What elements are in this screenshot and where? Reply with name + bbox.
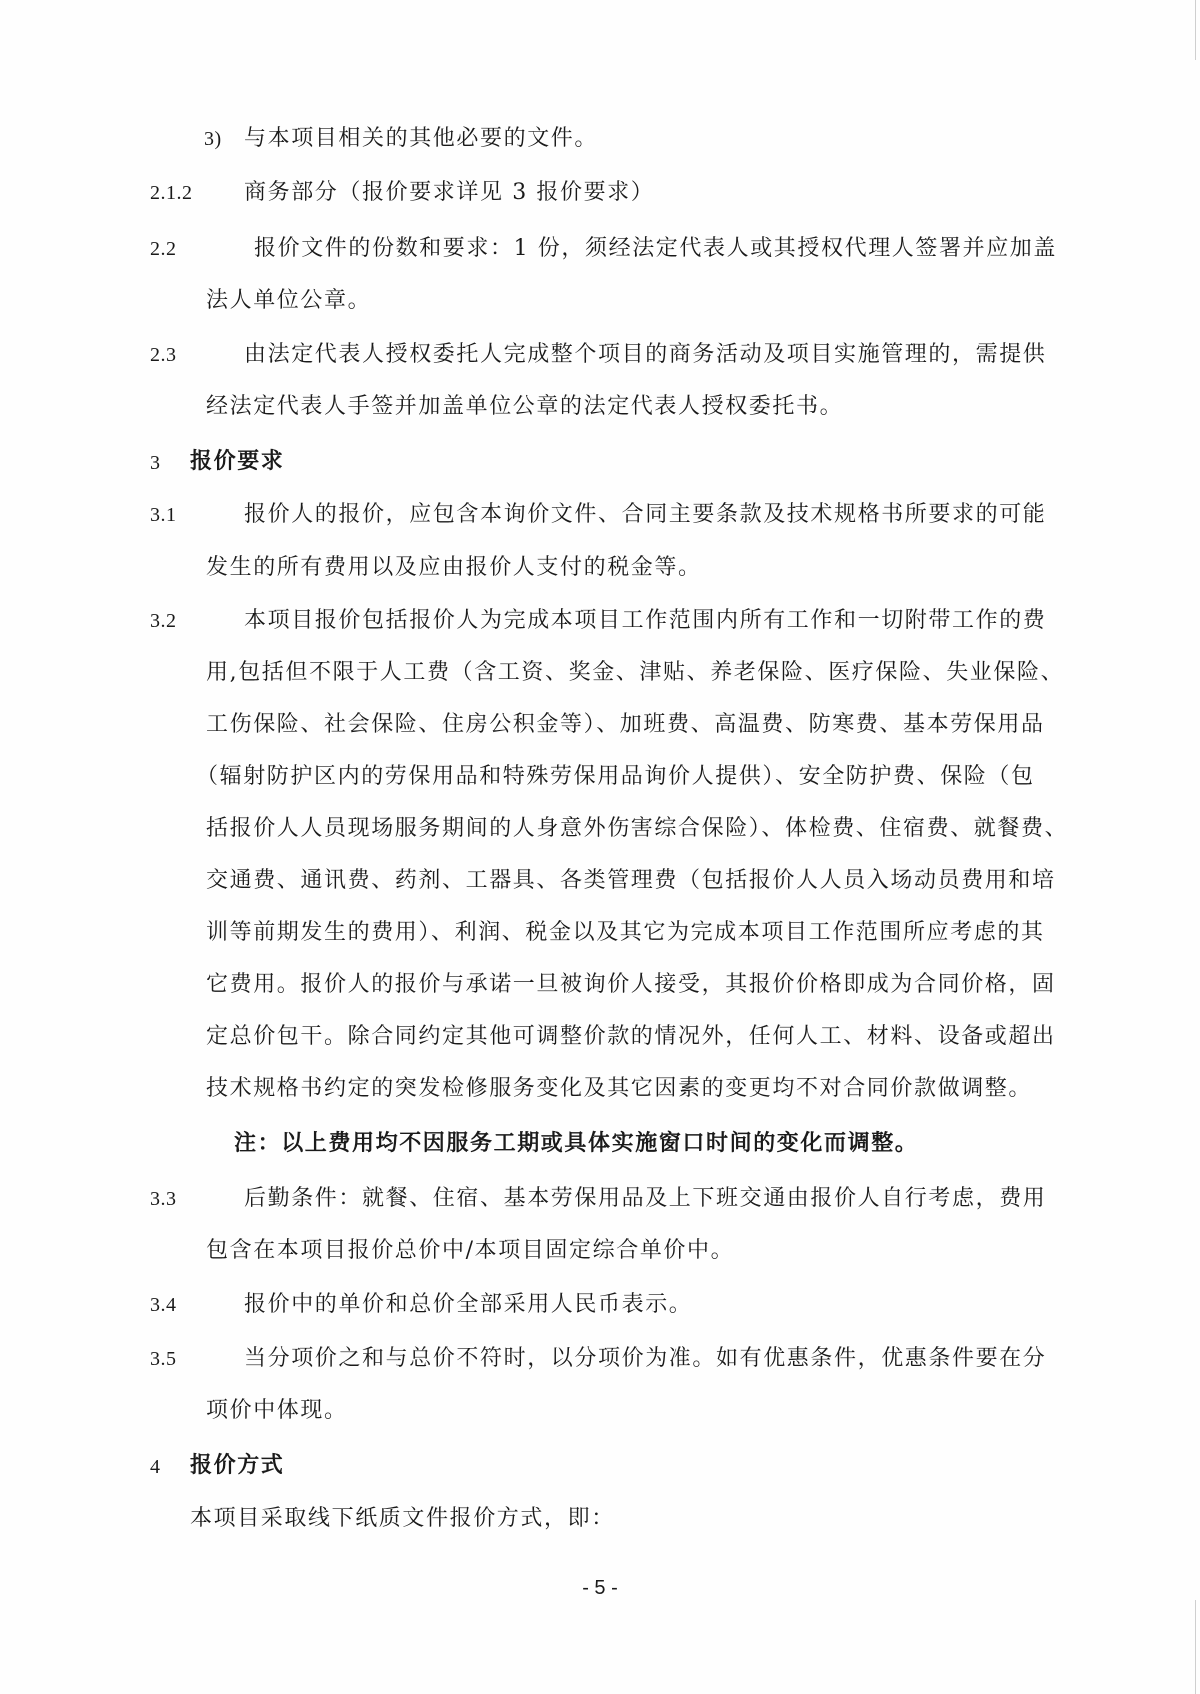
paragraph-line: 包含在本项目报价总价中/本项目固定综合单价中。 <box>206 1236 734 1266</box>
paragraph-line: 报价文件的份数和要求：1 份，须经法定代表人或其授权代理人签署并应加盖 <box>254 234 1057 264</box>
paragraph-line: 商务部分（报价要求详见 3 报价要求） <box>244 178 654 208</box>
section-heading: 报价方式 <box>190 1450 284 1480</box>
section-number: 2.3 <box>150 340 177 370</box>
paragraph-line: 交通费、通讯费、药剂、工器具、各类管理费（包括报价人人员入场动员费用和培 <box>206 866 1056 896</box>
paragraph-line: 工伤保险、社会保险、住房公积金等）、加班费、高温费、防寒费、基本劳保用品 <box>206 710 1045 740</box>
list-marker: 3) <box>204 124 222 154</box>
section-number: 2.1.2 <box>150 178 193 208</box>
section-number: 3.2 <box>150 606 177 636</box>
paragraph-line: 由法定代表人授权委托人完成整个项目的商务活动及项目实施管理的，需提供 <box>244 340 1046 370</box>
paragraph-line: 后勤条件：就餐、住宿、基本劳保用品及上下班交通由报价人自行考虑，费用 <box>244 1184 1046 1214</box>
section-number: 3.3 <box>150 1184 177 1214</box>
page-number: - 5 - <box>0 1577 1200 1600</box>
paragraph-line: 报价人的报价，应包含本询价文件、合同主要条款及技术规格书所要求的可能 <box>244 500 1046 530</box>
paragraph-line: （辐射防护区内的劳保用品和特殊劳保用品询价人提供）、安全防护费、保险（包 <box>196 762 1035 792</box>
section-number: 4 <box>150 1452 161 1482</box>
section-number: 3.1 <box>150 500 177 530</box>
paragraph-line: 报价中的单价和总价全部采用人民币表示。 <box>244 1290 692 1320</box>
paragraph-line: 当分项价之和与总价不符时，以分项价为准。如有优惠条件，优惠条件要在分 <box>244 1344 1046 1374</box>
paragraph-line: 法人单位公章。 <box>206 286 371 316</box>
paragraph-line: 训等前期发生的费用）、利润、税金以及其它为完成本项目工作范围所应考虑的其 <box>206 918 1045 948</box>
section-heading: 报价要求 <box>190 446 284 476</box>
document-page: 3) 与本项目相关的其他必要的文件。 2.1.2 商务部分（报价要求详见 3 报… <box>0 0 1200 1694</box>
paragraph-line: 括报价人人员现场服务期间的人身意外伤害综合保险）、体检费、住宿费、就餐费、 <box>206 814 1068 844</box>
paragraph-line: 定总价包干。除合同约定其他可调整价款的情况外，任何人工、材料、设备或超出 <box>206 1022 1056 1052</box>
paragraph-line: 本项目报价包括报价人为完成本项目工作范围内所有工作和一切附带工作的费 <box>244 606 1046 636</box>
scan-edge-mark <box>1195 0 1196 60</box>
paragraph-line: 经法定代表人手签并加盖单位公章的法定代表人授权委托书。 <box>206 392 843 422</box>
note-text: 注：以上费用均不因服务工期或具体实施窗口时间的变化而调整。 <box>234 1128 918 1158</box>
paragraph-line: 用,包括但不限于人工费（含工资、奖金、津贴、养老保险、医疗保险、失业保险、 <box>206 658 1064 688</box>
section-number: 3 <box>150 448 161 478</box>
paragraph-line: 技术规格书约定的突发检修服务变化及其它因素的变更均不对合同价款做调整。 <box>206 1074 1032 1104</box>
section-number: 3.4 <box>150 1290 177 1320</box>
paragraph-line: 它费用。报价人的报价与承诺一旦被询价人接受，其报价价格即成为合同价格，固 <box>206 970 1056 1000</box>
section-number: 2.2 <box>150 234 177 264</box>
paragraph-line: 与本项目相关的其他必要的文件。 <box>244 124 598 154</box>
paragraph-line: 本项目采取线下纸质文件报价方式，即： <box>190 1504 615 1534</box>
section-number: 3.5 <box>150 1344 177 1374</box>
scan-edge-mark <box>1195 1600 1196 1694</box>
paragraph-line: 项价中体现。 <box>206 1396 348 1426</box>
paragraph-line: 发生的所有费用以及应由报价人支付的税金等。 <box>206 553 702 583</box>
